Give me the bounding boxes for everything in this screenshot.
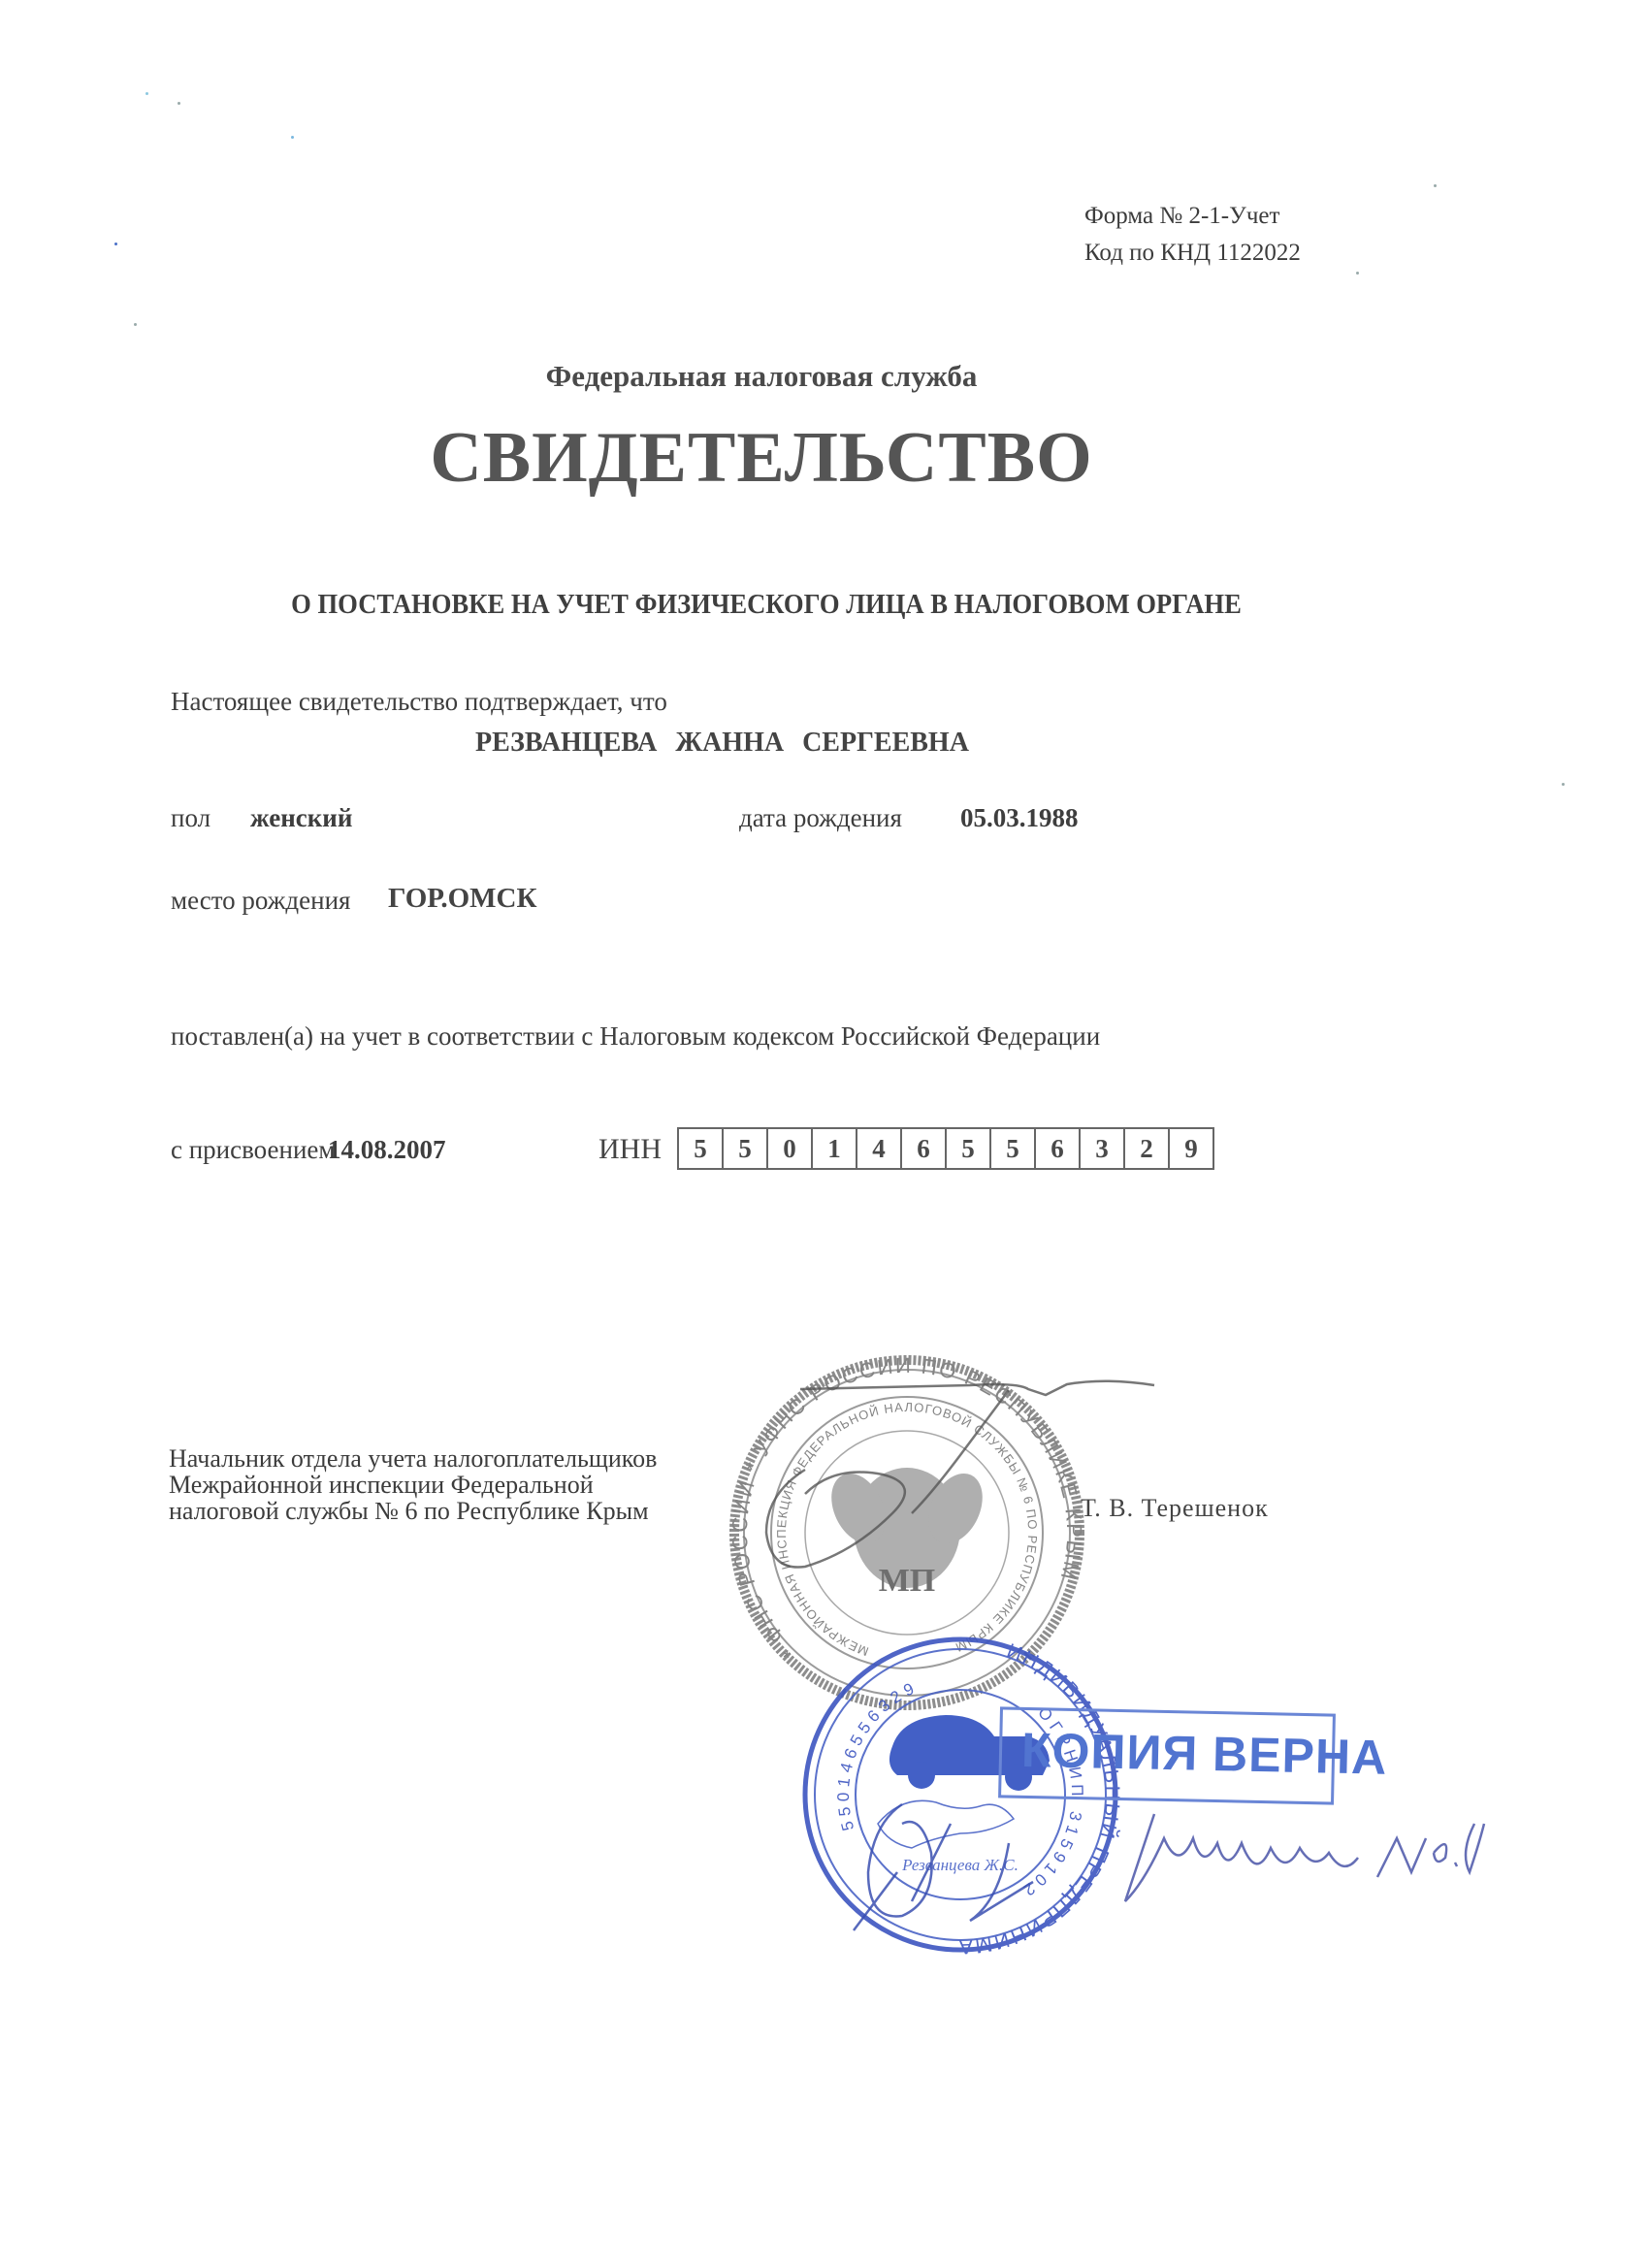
entrepreneur-seal-center-text: Резванцева Ж.С. [901,1856,1018,1874]
svg-text:ИНДИВИДУАЛЬНЫЙ ПРЕДПРИНИМАТЕЛЬ: ИНДИВИДУАЛЬНЫЙ ПРЕДПРИНИМАТЕЛЬ РЕЗВАНЦЕВ… [0,0,1123,1958]
handwritten-certification [1125,1814,1484,1901]
scan-speck [134,323,137,326]
scan-speck [291,136,294,139]
scan-speck [1434,184,1437,187]
certified-copy-text: КОПИЯ ВЕРНА [1020,1722,1387,1786]
official-seal-mp: МП [879,1563,936,1599]
scan-speck [1562,783,1565,786]
scan-speck [145,92,148,95]
stamps-overlay: * ФНС РОССИИ * УФНС РОССИИ ПО РЕСПУБЛИКЕ… [0,0,1649,2268]
scan-speck [1356,272,1359,275]
scan-speck [178,102,180,105]
scan-speck [114,243,117,245]
entrepreneur-seal-outer-text: ИНДИВИДУАЛЬНЫЙ ПРЕДПРИНИМАТЕЛЬ РЕЗВАНЦЕВ… [0,0,1123,1958]
certified-copy-stamp: КОПИЯ ВЕРНА [998,1706,1336,1804]
entrepreneur-seal: ИНДИВИДУАЛЬНЫЙ ПРЕДПРИНИМАТЕЛЬ РЕЗВАНЦЕВ… [0,0,1123,1958]
